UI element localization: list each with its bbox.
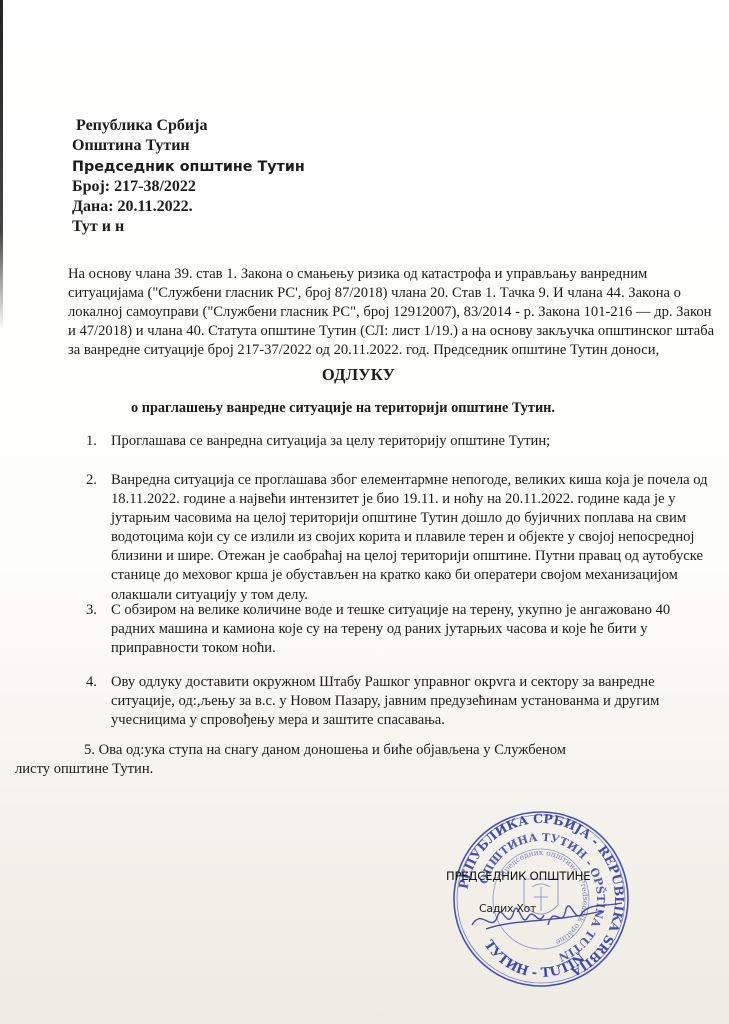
header-place: Тут и н	[72, 217, 305, 237]
header-president: Председник општине Тутин	[72, 157, 305, 177]
list-item-line: станице до мeховог крша је обустављен на…	[111, 566, 708, 585]
list-item-5: 5. Ова од:ука ступа на снагу даном донош…	[84, 741, 566, 780]
list-item-line: радних машина и камиона које су на терен…	[111, 620, 670, 639]
preamble-line: ситуацијама ("Службени гласник РС', број…	[68, 284, 718, 303]
list-item-line: приправности током ноћи.	[111, 639, 670, 658]
list-item-1: 1. Проглашава се ванредна ситуација за ц…	[86, 432, 550, 451]
list-item-line: 18.11.2022. године а највећи интензитет …	[111, 490, 708, 509]
official-stamp: РЕПУБЛИКА СРБИЈА - REPUBLIKA SRBIJA ОПШТ…	[452, 807, 630, 987]
list-item-line: листу општине Тутин.	[15, 760, 566, 779]
list-item-2: 2. Ванредна ситуација се проглашава због…	[86, 471, 708, 605]
preamble-line: за ванредне ситуације број 217-37/2022 о…	[68, 341, 718, 360]
stamp-innermost-text: Председник општине - Predsednik opštine	[498, 848, 590, 947]
list-item-line: Проглашава се ванредна ситуација за целу…	[111, 432, 550, 451]
list-item-line: ситуације, од:,љењу за в.с. у Новом Паза…	[111, 692, 659, 711]
header-republic: Република Србија	[72, 116, 305, 136]
preamble-line: На основу члана 39. став 1. Закона о сма…	[68, 265, 718, 284]
list-item-3: 3. С обзиром на велике количине воде и т…	[86, 601, 670, 658]
list-item-line: Ову одлуку доставити окружном Штабу Рашк…	[111, 673, 659, 692]
document-title-text: ОДЛУКУ	[322, 365, 395, 384]
list-item-number: 1.	[86, 432, 97, 451]
list-item-line: Ванредна ситуација се проглашава због ел…	[111, 471, 708, 490]
list-item-line: јутарњим часовима на целој територији оп…	[111, 509, 708, 528]
header-municipality: Општина Тутин	[72, 136, 305, 156]
preamble-line: локалној самоуправи ("Службени гласник Р…	[68, 303, 718, 322]
document-subtitle: о праглашењу ванредне ситуације на терит…	[131, 400, 555, 417]
page-edge-shadow	[0, 0, 3, 330]
signature-name: Садих Хот	[479, 902, 536, 915]
preamble-paragraph: На основу члана 39. став 1. Закона о сма…	[68, 265, 718, 360]
header-number: Број: 217-38/2022	[72, 177, 305, 197]
list-item-line: водотоцима који су се излили из својих к…	[111, 528, 708, 547]
list-item-line: С обзиром на велике количине воде и тешк…	[111, 601, 670, 620]
list-item-number: 3.	[86, 601, 97, 620]
header-date: Дана: 20.11.2022.	[72, 197, 305, 217]
document-header: Република Србија Општина Тутин Председни…	[72, 116, 305, 238]
list-item-number: 4.	[86, 673, 97, 692]
list-item-4: 4. Ову одлуку доставити окружном Штабу Р…	[86, 673, 659, 730]
list-item-line: близини и шире. Отежан је саобраћај на ц…	[111, 547, 708, 566]
list-item-number: 2.	[86, 471, 97, 490]
list-item-line: 5. Ова од:ука ступа на снагу даном донош…	[84, 741, 566, 760]
document-title: ОДЛУКУ	[0, 365, 729, 385]
list-item-line: учесницима у спровођењу мера и заштите с…	[111, 711, 659, 730]
signature-title: ПРЕДСЕДНИК ОПШТИНЕ	[446, 869, 590, 883]
preamble-line: и 47/2018) и члана 40. Статута општине Т…	[68, 322, 718, 341]
